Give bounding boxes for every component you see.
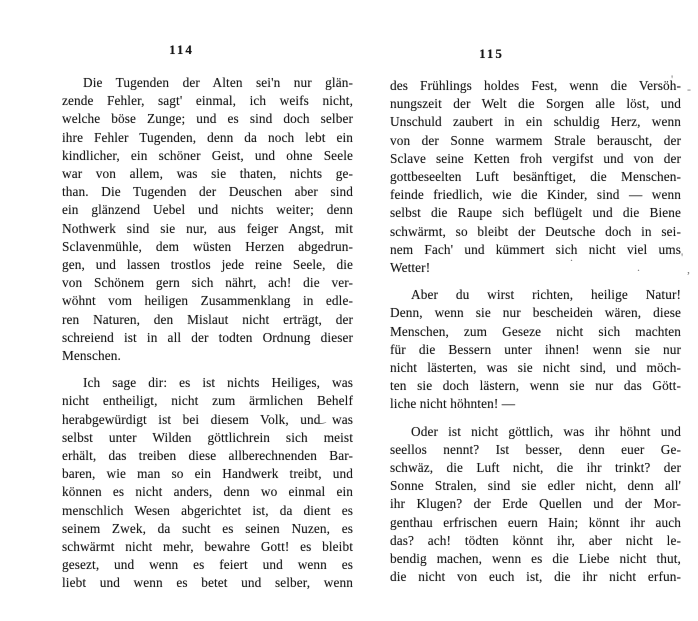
paragraph: Oder ist nicht göttlich, was ihr höhnt u… [390, 423, 681, 587]
page-text: des Frühlings holdes Fest, wenn die Vers… [390, 77, 681, 586]
paragraph: des Frühlings holdes Fest, wenn die Vers… [390, 77, 681, 277]
text-line: gen, und lassen trostlos jede reine Seel… [62, 256, 353, 274]
paragraph: Aber du wirst richten, heilige Natur!Den… [390, 286, 681, 413]
text-line: ten sie doch lästern, wenn sie nur das G… [390, 377, 681, 395]
text-line: Aber du wirst richten, heilige Natur! [390, 286, 681, 304]
text-line: nicht entheiligt, nicht zum ärmlichen Be… [62, 392, 353, 410]
text-line: die nicht von euch ist, die ihr nicht er… [390, 568, 681, 586]
scanned-page-spread: 114 Die Tugenden der Alten sei'n nur glä… [0, 0, 698, 621]
page-number: 114 [36, 42, 327, 58]
text-line: seinem Zwek, da sucht es seinen Nuzen, e… [62, 520, 353, 538]
text-line: selbst die Raupe sich beflügelt und die … [390, 204, 681, 222]
text-line: des Frühlings holdes Fest, wenn die Vers… [390, 77, 681, 95]
text-line: Denn, wenn sie nur bescheiden wären, die… [390, 304, 681, 322]
text-line: gesezt, und wenn es feiert und wenn es [62, 556, 353, 574]
text-line: Sonne Stralen, sind sie edler nicht, den… [390, 477, 681, 495]
paragraph: Die Tugenden der Alten sei'n nur glän-ze… [62, 74, 353, 365]
paragraph: Ich sage dir: es ist nichts Heiliges, wa… [62, 374, 353, 592]
book-page-right: 115 des Frühlings holdes Fest, wenn die … [390, 0, 681, 621]
text-line: können es nicht anders, denn wo einmal e… [62, 483, 353, 501]
text-line: war von allem, was sie thaten, nichts ge… [62, 165, 353, 183]
text-line: Sclave seine Ketten froh vergifst und vo… [390, 150, 681, 168]
scan-speck: , [687, 262, 690, 277]
text-line: von Schönem gern sich nährt, ach! die ve… [62, 274, 353, 292]
text-line: von der Sonne warmem Strale berauscht, d… [390, 132, 681, 150]
text-line: Unschuld zaubert in ein schuldig Herz, w… [390, 113, 681, 131]
text-line: Ich sage dir: es ist nichts Heiliges, wa… [62, 374, 353, 392]
text-line: schwäz, die Luft nicht, die ihr trinkt? … [390, 459, 681, 477]
text-line: ein glänzend Uebel und nichts weiter; de… [62, 201, 353, 219]
book-page-left: 114 Die Tugenden der Alten sei'n nur glä… [62, 0, 353, 621]
text-line: Menschen. [62, 347, 353, 365]
text-line: gottbeseelten Luft besänftiget, die Mens… [390, 168, 681, 186]
text-line: ren Naturen, den Mislaut nicht erträgt, … [62, 311, 353, 329]
text-line: feinde friedlich, wie die Kinder, sind —… [390, 186, 681, 204]
text-line: genthau erfrischen euern Hain; könnt ihr… [390, 514, 681, 532]
text-line: das? ach! tödten könnt ihr, aber nicht l… [390, 532, 681, 550]
text-line: schwärmt, so bleibt der Deutsche doch in… [390, 223, 681, 241]
text-line: liche nicht höhnten! — [390, 395, 681, 413]
text-line: schreiend ist in all der todten Ordnung … [62, 329, 353, 347]
text-line: nicht lästerten, was sie nicht sind, und… [390, 359, 681, 377]
text-line: zende Fehler, sagt' einmal, ich weifs ni… [62, 92, 353, 110]
text-line: menschlich Wesen abgerichtet ist, da die… [62, 502, 353, 520]
text-line: schwärmt nicht mehr, bewahre Gott! es bl… [62, 538, 353, 556]
text-line: seellos nennt? Ist besser, denn euer Ge- [390, 441, 681, 459]
scan-speck: ' [681, 250, 683, 265]
text-line: Menschen, zum Geseze nicht sich machten [390, 323, 681, 341]
text-line: Sclavenmühle, dem wüsten Herzen abgedrun… [62, 238, 353, 256]
text-line: ihr Klugen? der Erde Quellen und der Mor… [390, 495, 681, 513]
text-line: baren, wie man so ein Handwerk treibt, u… [62, 465, 353, 483]
text-line: Oder ist nicht göttlich, was ihr höhnt u… [390, 423, 681, 441]
text-line: welche böse Zunge; und es sind doch selb… [62, 110, 353, 128]
text-line: liebt und wenn es betet und selber, wenn [62, 574, 353, 592]
text-line: ihre Fehler Tugenden, denn da noch lebt … [62, 129, 353, 147]
text-line: Die Tugenden der Alten sei'n nur glän- [62, 74, 353, 92]
text-line: Nothwerk sind sie nur, aus feiger Angst,… [62, 220, 353, 238]
text-line: selbst unter Wilden göttlichrein sich me… [62, 429, 353, 447]
text-line: bendig machen, wenn es die Liebe nicht t… [390, 550, 681, 568]
text-line: für die Bessern unter ihnen! wenn sie nu… [390, 341, 681, 359]
text-line: nungszeit der Welt die Sorgen alle löst,… [390, 95, 681, 113]
text-line: kindlicher, ein schöner Geist, und ohne … [62, 147, 353, 165]
page-number: 115 [346, 46, 637, 62]
text-line: erhält, das treiben diese allberechnende… [62, 447, 353, 465]
page-text: Die Tugenden der Alten sei'n nur glän-ze… [62, 74, 353, 593]
scan-speck: - [687, 82, 691, 97]
text-line: nem Fach' und kümmert sich nicht viel um… [390, 241, 681, 259]
text-line: wöhnt vom heiligen Zusammenklang in edle… [62, 292, 353, 310]
text-line: Wetter! [390, 259, 681, 277]
text-line: herabgewürdigt ist bei diesem Volk, und … [62, 411, 353, 429]
text-line: than. Die Tugenden der Deuschen aber sin… [62, 183, 353, 201]
